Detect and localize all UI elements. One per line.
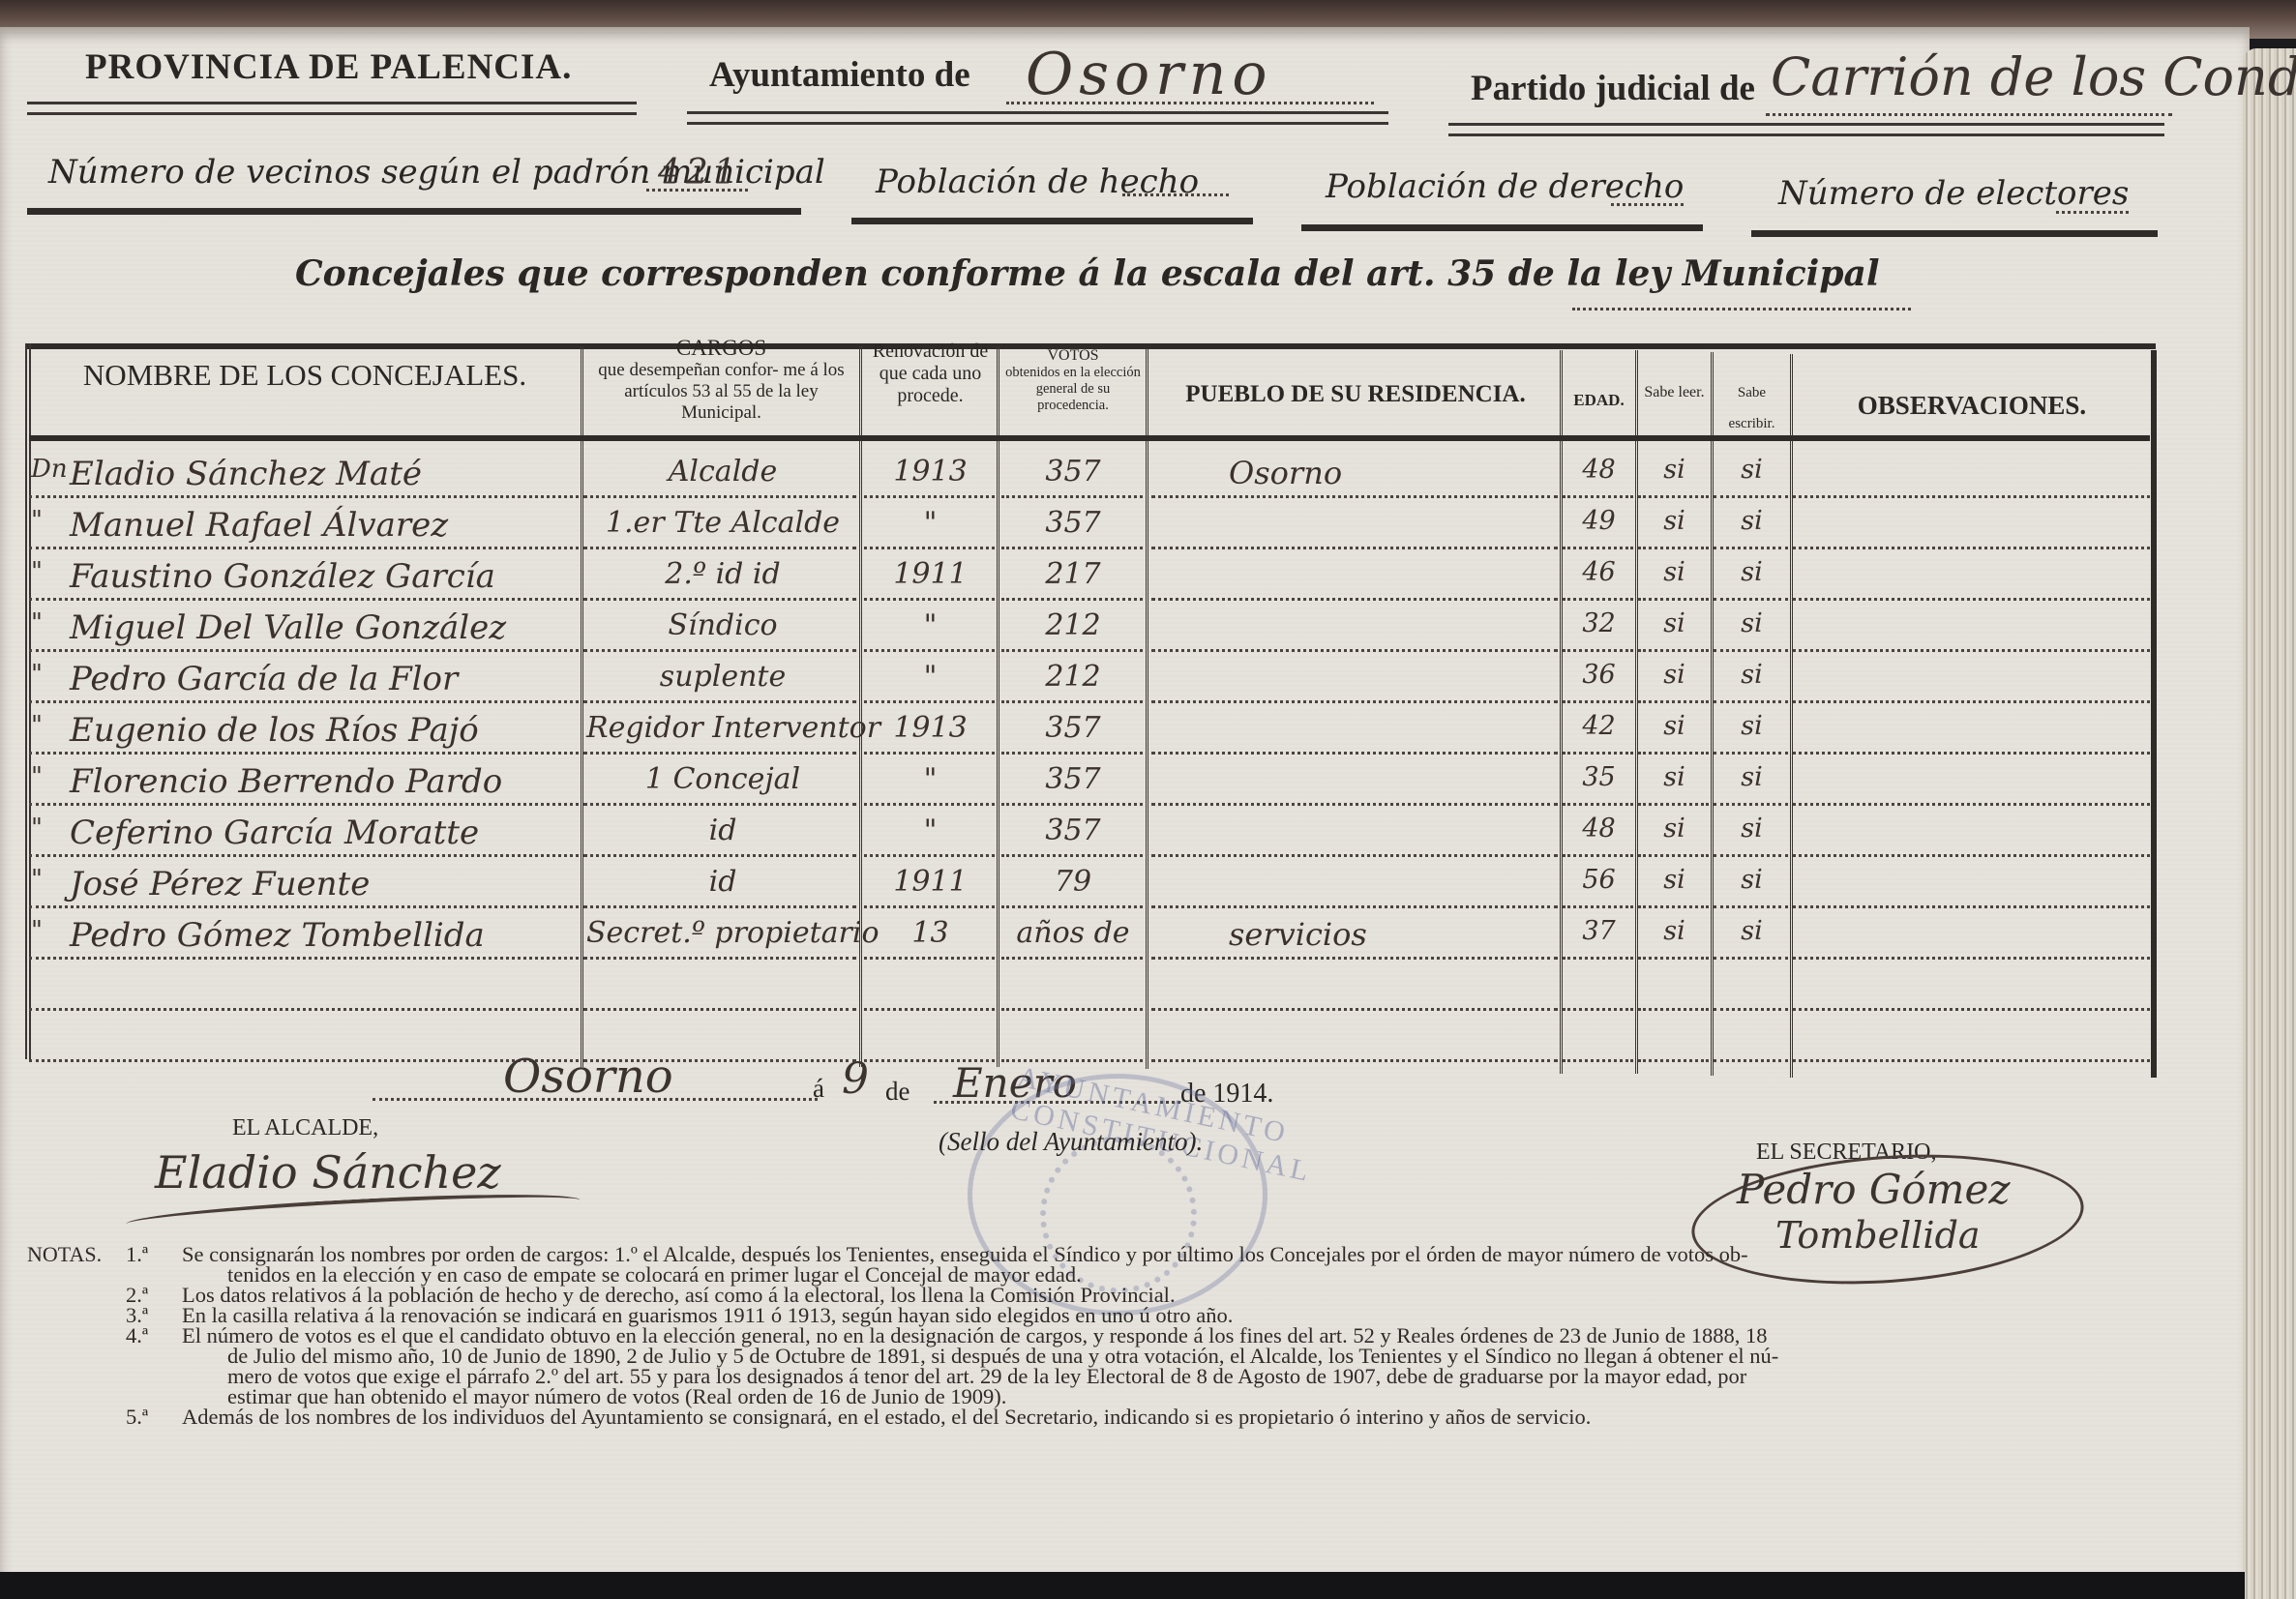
row-dotted-rule (583, 495, 856, 498)
row-dotted-rule (29, 1059, 579, 1062)
row-dotted-rule (1793, 649, 2150, 652)
electores-field-line (2056, 211, 2129, 214)
ayuntamiento-label: Ayuntamiento de (709, 54, 970, 96)
cell-edad: 42 (1563, 711, 1635, 741)
col-header-votos: VOTOS obtenidos en la elección general d… (1001, 348, 1145, 414)
cell-escribir: si (1714, 762, 1790, 792)
row-dotted-rule (1563, 1059, 1633, 1062)
secretario-signature-line2: Tombellida (1775, 1214, 1981, 1257)
cell-nombre: Manuel Rafael Álvarez (70, 506, 581, 545)
note-number: 2.ª (126, 1285, 148, 1305)
divider (687, 111, 1388, 125)
row-dotted-rule (1151, 700, 1558, 703)
cell-nombre: Pedro Gómez Tombellida (70, 916, 581, 955)
row-dotted-rule (1151, 803, 1558, 806)
col-header-cargos: CARGOS que desempeñan confor- me á los a… (583, 335, 859, 424)
cell-escribir: si (1714, 814, 1790, 844)
row-dotted-rule (1563, 547, 1633, 549)
cell-prefix: " (31, 916, 70, 945)
note-number: 4.ª (126, 1325, 148, 1346)
day-value: 9 (842, 1054, 869, 1104)
table-right-border (2151, 350, 2157, 1078)
cell-prefix: " (31, 660, 70, 689)
cell-cargo: 2.º id id (586, 557, 859, 591)
cell-votos: 357 (1001, 814, 1145, 847)
cell-cargo: id (586, 865, 859, 899)
col-header-votos-title: VOTOS (1001, 348, 1145, 365)
cell-escribir: si (1714, 916, 1790, 946)
cell-votos: 212 (1001, 660, 1145, 694)
row-dotted-rule (583, 854, 856, 857)
col-header-pueblo: PUEBLO DE SU RESIDENCIA. (1151, 382, 1560, 407)
row-dotted-rule (1793, 905, 2150, 908)
row-dotted-rule (1001, 803, 1143, 806)
col-header-escribir: Sabe escribir. (1714, 377, 1790, 439)
cell-nombre: Florencio Berrendo Pardo (70, 762, 581, 801)
cell-edad: 48 (1563, 814, 1635, 844)
cell-prefix: " (31, 506, 70, 535)
row-dotted-rule (1714, 1059, 1788, 1062)
cell-votos: 357 (1001, 711, 1145, 745)
col-separator (997, 346, 999, 1067)
row-dotted-rule (1714, 957, 1788, 960)
row-dotted-rule (1793, 598, 2150, 601)
cell-cargo: Alcalde (586, 455, 859, 489)
divider (851, 218, 1253, 224)
cell-prefix: " (31, 865, 70, 894)
cell-pueblo: servicios (1229, 916, 1558, 953)
row-dotted-rule (1793, 752, 2150, 755)
note-number: 1.ª (126, 1244, 148, 1264)
poblacion-derecho-field-line (1611, 203, 1684, 206)
cell-leer: si (1638, 865, 1711, 895)
cell-votos: 217 (1001, 557, 1145, 591)
cell-nombre: Pedro García de la Flor (70, 660, 581, 698)
concejales-field-line (1572, 308, 1911, 311)
cell-prefix: " (31, 762, 70, 791)
cell-votos: 357 (1001, 762, 1145, 796)
row-dotted-rule (1714, 547, 1788, 549)
row-dotted-rule (864, 649, 995, 652)
row-dotted-rule (1793, 803, 2150, 806)
row-dotted-rule (1714, 598, 1788, 601)
row-dotted-rule (29, 854, 579, 857)
row-dotted-rule (1151, 905, 1558, 908)
cell-pueblo: Osorno (1229, 455, 1558, 491)
row-dotted-rule (1563, 752, 1633, 755)
cell-leer: si (1638, 916, 1711, 946)
cell-escribir: si (1714, 506, 1790, 536)
concejales-label: Concejales que corresponden conforme á l… (295, 253, 1880, 294)
cell-edad: 49 (1563, 506, 1635, 536)
cell-renovacion: " (864, 506, 997, 540)
row-dotted-rule (1638, 905, 1709, 908)
row-dotted-rule (29, 649, 579, 652)
row-dotted-rule (29, 752, 579, 755)
row-dotted-rule (583, 803, 856, 806)
cell-cargo: id (586, 814, 859, 847)
row-dotted-rule (1151, 495, 1558, 498)
notes-label: NOTAS. (27, 1244, 102, 1264)
row-dotted-rule (1151, 957, 1558, 960)
row-dotted-rule (1793, 547, 2150, 549)
row-dotted-rule (1638, 495, 1709, 498)
cell-prefix: " (31, 814, 70, 843)
row-dotted-rule (1001, 649, 1143, 652)
row-dotted-rule (1638, 547, 1709, 549)
cell-leer: si (1638, 608, 1711, 638)
row-dotted-rule (1563, 700, 1633, 703)
row-dotted-rule (1638, 649, 1709, 652)
row-dotted-rule (1793, 854, 2150, 857)
cell-escribir: si (1714, 711, 1790, 741)
row-dotted-rule (1001, 1008, 1143, 1011)
row-dotted-rule (1001, 700, 1143, 703)
sello-label: (Sello del Ayuntamiento). (939, 1127, 1203, 1157)
row-dotted-rule (864, 547, 995, 549)
row-dotted-rule (1001, 598, 1143, 601)
row-dotted-rule (1793, 700, 2150, 703)
provincia-title: PROVINCIA DE PALENCIA. (85, 46, 572, 88)
row-dotted-rule (1638, 598, 1709, 601)
col-header-votos-sub: obtenidos en la elección general de su p… (1001, 365, 1145, 414)
cell-nombre: Faustino González García (70, 557, 581, 596)
cell-votos: 357 (1001, 506, 1145, 540)
cell-edad: 32 (1563, 608, 1635, 638)
cell-edad: 36 (1563, 660, 1635, 690)
note-text: Los datos relativos á la población de he… (182, 1285, 1176, 1305)
row-dotted-rule (583, 752, 856, 755)
row-dotted-rule (29, 905, 579, 908)
col-separator (1790, 354, 1793, 1078)
cell-nombre: Eladio Sánchez Maté (70, 455, 581, 493)
row-dotted-rule (864, 905, 995, 908)
note-text: El número de votos es el que el candidat… (182, 1325, 1767, 1346)
row-dotted-rule (1001, 547, 1143, 549)
row-dotted-rule (864, 752, 995, 755)
row-dotted-rule (29, 598, 579, 601)
cell-nombre: José Pérez Fuente (70, 865, 581, 903)
cell-nombre: Eugenio de los Ríos Pajó (70, 711, 581, 750)
row-dotted-rule (1001, 495, 1143, 498)
cell-nombre: Ceferino García Moratte (70, 814, 581, 852)
row-dotted-rule (1638, 1059, 1709, 1062)
cell-cargo: 1 Concejal (586, 762, 859, 796)
row-dotted-rule (583, 957, 856, 960)
cell-leer: si (1638, 557, 1711, 587)
row-dotted-rule (1638, 803, 1709, 806)
row-dotted-rule (1151, 547, 1558, 549)
partido-value: Carrión de los Condes (1771, 46, 2296, 107)
row-dotted-rule (1563, 598, 1633, 601)
row-dotted-rule (29, 957, 579, 960)
cell-edad: 37 (1563, 916, 1635, 946)
row-dotted-rule (583, 905, 856, 908)
row-dotted-rule (1151, 752, 1558, 755)
row-dotted-rule (1151, 649, 1558, 652)
cell-cargo: Síndico (586, 608, 859, 642)
cell-prefix: " (31, 557, 70, 586)
book-fore-edge (2243, 48, 2296, 1599)
cell-renovacion: " (864, 608, 997, 642)
cell-leer: si (1638, 814, 1711, 844)
row-dotted-rule (864, 598, 995, 601)
cell-leer: si (1638, 711, 1711, 741)
cell-leer: si (1638, 660, 1711, 690)
divider (27, 102, 637, 115)
poblacion-hecho-field-line (1122, 193, 1229, 196)
partido-label: Partido judicial de (1471, 68, 1755, 109)
row-dotted-rule (1714, 649, 1788, 652)
row-dotted-rule (583, 649, 856, 652)
row-dotted-rule (1638, 957, 1709, 960)
cell-edad: 56 (1563, 865, 1635, 895)
row-dotted-rule (1001, 752, 1143, 755)
row-dotted-rule (1001, 854, 1143, 857)
col-header-edad: EDAD. (1563, 392, 1635, 409)
row-dotted-rule (1151, 854, 1558, 857)
cell-cargo: Secret.º propietario (586, 916, 859, 950)
note-text: tenidos en la elección y en caso de empa… (227, 1264, 1082, 1285)
row-dotted-rule (1563, 1008, 1633, 1011)
row-dotted-rule (864, 700, 995, 703)
row-dotted-rule (583, 700, 856, 703)
row-dotted-rule (864, 1008, 995, 1011)
cell-renovacion: 1911 (864, 557, 997, 591)
col-header-renovacion: Renovación de que cada uno procede. (864, 341, 997, 407)
cell-votos: 79 (1001, 865, 1145, 899)
cell-leer: si (1638, 455, 1711, 485)
col-separator (859, 346, 862, 1067)
cell-leer: si (1638, 762, 1711, 792)
de-label: de (885, 1077, 909, 1107)
cell-edad: 35 (1563, 762, 1635, 792)
row-dotted-rule (29, 547, 579, 549)
cell-escribir: si (1714, 608, 1790, 638)
col-header-cargos-sub: que desempeñan confor- me á los artículo… (583, 360, 859, 424)
cell-prefix: " (31, 711, 70, 740)
row-dotted-rule (1563, 905, 1633, 908)
row-dotted-rule (583, 547, 856, 549)
divider (27, 208, 801, 215)
row-dotted-rule (1638, 854, 1709, 857)
cell-nombre: Miguel Del Valle González (70, 608, 581, 647)
note-text: Se consignarán los nombres por orden de … (182, 1244, 1748, 1264)
cell-renovacion: 1913 (864, 455, 997, 489)
cell-prefix: Dn (31, 455, 70, 484)
row-dotted-rule (864, 803, 995, 806)
row-dotted-rule (1001, 905, 1143, 908)
col-header-observaciones: OBSERVACIONES. (1793, 392, 2151, 419)
row-dotted-rule (1638, 752, 1709, 755)
row-dotted-rule (864, 854, 995, 857)
row-dotted-rule (1714, 495, 1788, 498)
cell-votos: 212 (1001, 608, 1145, 642)
secretario-signature-line1: Pedro Gómez (1737, 1166, 2010, 1213)
cell-renovacion: " (864, 762, 997, 796)
cell-renovacion: " (864, 814, 997, 847)
row-dotted-rule (1714, 854, 1788, 857)
note-text: mero de votos que exige el párrafo 2.º d… (227, 1366, 1746, 1386)
row-dotted-rule (583, 1008, 856, 1011)
row-dotted-rule (1563, 649, 1633, 652)
note-text: estimar que han obtenido el mayor número… (227, 1386, 1006, 1407)
divider (1751, 230, 2158, 237)
vecinos-value: 421 (658, 153, 742, 192)
row-dotted-rule (1793, 495, 2150, 498)
note-text: Además de los nombres de los individuos … (182, 1407, 1591, 1427)
row-dotted-rule (1563, 957, 1633, 960)
note-text: En la casilla relativa á la renovación s… (182, 1305, 1233, 1325)
col-separator (1146, 348, 1148, 1069)
cell-renovacion: 1913 (864, 711, 997, 745)
cell-cargo: suplente (586, 660, 859, 694)
poblacion-derecho-label: Población de derecho (1326, 167, 1684, 206)
cell-votos: años de (1001, 916, 1145, 950)
cell-cargo: Regidor Interventor (586, 711, 859, 745)
cell-leer: si (1638, 506, 1711, 536)
row-dotted-rule (1563, 854, 1633, 857)
row-dotted-rule (864, 495, 995, 498)
row-dotted-rule (29, 1008, 579, 1011)
cell-prefix: " (31, 608, 70, 637)
row-dotted-rule (1638, 1008, 1709, 1011)
electores-label: Número de electores (1778, 174, 2129, 213)
row-dotted-rule (1714, 905, 1788, 908)
cell-edad: 46 (1563, 557, 1635, 587)
row-dotted-rule (1151, 598, 1558, 601)
row-dotted-rule (1638, 700, 1709, 703)
col-header-nombre: NOMBRE DE LOS CONCEJALES. (29, 360, 581, 392)
note-text: de Julio del mismo año, 10 de Junio de 1… (227, 1346, 1778, 1366)
cell-escribir: si (1714, 865, 1790, 895)
col-header-leer: Sabe leer. (1638, 377, 1711, 408)
row-dotted-rule (864, 957, 995, 960)
row-dotted-rule (29, 700, 579, 703)
row-dotted-rule (1714, 1008, 1788, 1011)
row-dotted-rule (1793, 957, 2150, 960)
table-header-bottom (29, 435, 2150, 441)
row-dotted-rule (1151, 1059, 1558, 1062)
cell-renovacion: " (864, 660, 997, 694)
book-bottom-shadow (0, 1572, 2245, 1599)
cell-votos: 357 (1001, 455, 1145, 489)
col-header-cargos-title: CARGOS (583, 337, 859, 360)
a-label: á (813, 1074, 824, 1104)
note-number: 3.ª (126, 1305, 148, 1325)
alcalde-label: EL ALCALDE, (232, 1115, 378, 1141)
partido-field-line (1766, 113, 2172, 116)
row-dotted-rule (1001, 957, 1143, 960)
row-dotted-rule (29, 803, 579, 806)
cell-escribir: si (1714, 455, 1790, 485)
row-dotted-rule (1563, 803, 1633, 806)
cell-renovacion: 1911 (864, 865, 997, 899)
cell-escribir: si (1714, 660, 1790, 690)
row-dotted-rule (1714, 700, 1788, 703)
note-number: 5.ª (126, 1407, 148, 1427)
row-dotted-rule (1563, 495, 1633, 498)
row-dotted-rule (1793, 1059, 2150, 1062)
row-dotted-rule (29, 495, 579, 498)
row-dotted-rule (1714, 752, 1788, 755)
ayuntamiento-value: Osorno (1026, 41, 1273, 108)
divider (1448, 123, 2164, 136)
row-dotted-rule (1714, 803, 1788, 806)
row-dotted-rule (583, 598, 856, 601)
cell-edad: 48 (1563, 455, 1635, 485)
alcalde-signature: Eladio Sánchez (155, 1146, 501, 1199)
cell-renovacion: 13 (864, 916, 997, 950)
place-value: Osorno (503, 1050, 673, 1104)
row-dotted-rule (1151, 1008, 1558, 1011)
cell-escribir: si (1714, 557, 1790, 587)
cell-cargo: 1.er Tte Alcalde (586, 506, 859, 540)
divider (1301, 224, 1703, 231)
row-dotted-rule (1793, 1008, 2150, 1011)
